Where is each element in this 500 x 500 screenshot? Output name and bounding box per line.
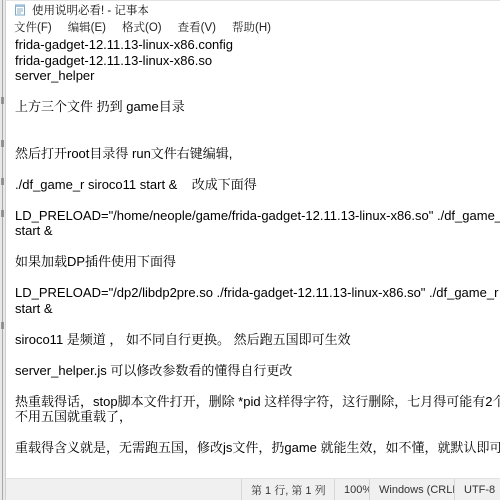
text-line bbox=[15, 115, 500, 131]
background-text-fragment bbox=[1, 210, 4, 217]
text-line bbox=[15, 378, 500, 394]
text-line: server_helper.js 可以修改参数看的懂得自行更改 bbox=[15, 363, 500, 379]
text-line bbox=[15, 192, 500, 208]
text-line bbox=[15, 316, 500, 332]
notepad-window: 使用说明必看! - 记事本 文件(F) 编辑(E) 格式(O) 查看(V) 帮助… bbox=[5, 0, 500, 500]
text-line bbox=[15, 239, 500, 255]
text-line: LD_PRELOAD="/dp2/libdp2pre.so ./frida-ga… bbox=[15, 285, 500, 301]
zoom-level-indicator: 100% bbox=[334, 479, 369, 500]
status-bar: 第 1 行, 第 1 列 100% Windows (CRLF) UTF-8 bbox=[6, 478, 500, 500]
background-text-fragment bbox=[1, 140, 4, 147]
menu-item-file[interactable]: 文件(F) bbox=[6, 19, 60, 35]
menu-item-view[interactable]: 查看(V) bbox=[170, 19, 224, 35]
notepad-icon bbox=[14, 4, 26, 16]
text-line: server_helper bbox=[15, 68, 500, 84]
background-text-fragment bbox=[1, 322, 4, 329]
text-editor-area[interactable]: frida-gadget-12.11.13-linux-x86.configfr… bbox=[6, 35, 500, 478]
background-text-fragment bbox=[1, 97, 4, 104]
text-line: 不用五国就重载了， bbox=[15, 409, 500, 425]
text-line: 热重载得话，stop脚本文件打开，删除 *pid 这样得字符，这行删除，七月得可… bbox=[15, 394, 500, 410]
menu-item-edit[interactable]: 编辑(E) bbox=[60, 19, 114, 35]
text-line: 然后打开root目录得 run文件右键编辑, bbox=[15, 146, 500, 162]
text-line: LD_PRELOAD="/home/neople/game/frida-gadg… bbox=[15, 208, 500, 224]
line-ending-indicator: Windows (CRLF) bbox=[369, 479, 454, 500]
text-line: siroco11 是频道 ， 如不同自行更换。 然后跑五国即可生效 bbox=[15, 332, 500, 348]
text-line: start & bbox=[15, 223, 500, 239]
background-window-edge bbox=[2, 0, 3, 500]
text-line: frida-gadget-12.11.13-linux-x86.so bbox=[15, 53, 500, 69]
menu-bar: 文件(F) 编辑(E) 格式(O) 查看(V) 帮助(H) bbox=[6, 18, 500, 35]
menu-item-help[interactable]: 帮助(H) bbox=[224, 19, 279, 35]
text-line bbox=[15, 130, 500, 146]
background-text-fragment bbox=[1, 178, 4, 185]
title-bar[interactable]: 使用说明必看! - 记事本 bbox=[6, 1, 500, 18]
text-line: 如果加载DP插件使用下面得 bbox=[15, 254, 500, 270]
text-line: 重载得含义就是，无需跑五国，修改js文件，扔game 就能生效，如不懂，就默认即… bbox=[15, 440, 500, 456]
statusbar-spacer bbox=[6, 479, 241, 500]
window-title: 使用说明必看! - 记事本 bbox=[32, 2, 149, 18]
text-line: frida-gadget-12.11.13-linux-x86.config bbox=[15, 37, 500, 53]
text-line bbox=[15, 84, 500, 100]
encoding-indicator: UTF-8 bbox=[454, 479, 500, 500]
text-line bbox=[15, 425, 500, 441]
text-line bbox=[15, 161, 500, 177]
text-line: 上方三个文件 扔到 game目录 bbox=[15, 99, 500, 115]
text-line: ./df_game_r siroco11 start & 改成下面得 bbox=[15, 177, 500, 193]
cursor-position-indicator: 第 1 行, 第 1 列 bbox=[241, 479, 334, 500]
text-line bbox=[15, 347, 500, 363]
text-line bbox=[15, 270, 500, 286]
menu-item-format[interactable]: 格式(O) bbox=[114, 19, 170, 35]
text-line: start & bbox=[15, 301, 500, 317]
